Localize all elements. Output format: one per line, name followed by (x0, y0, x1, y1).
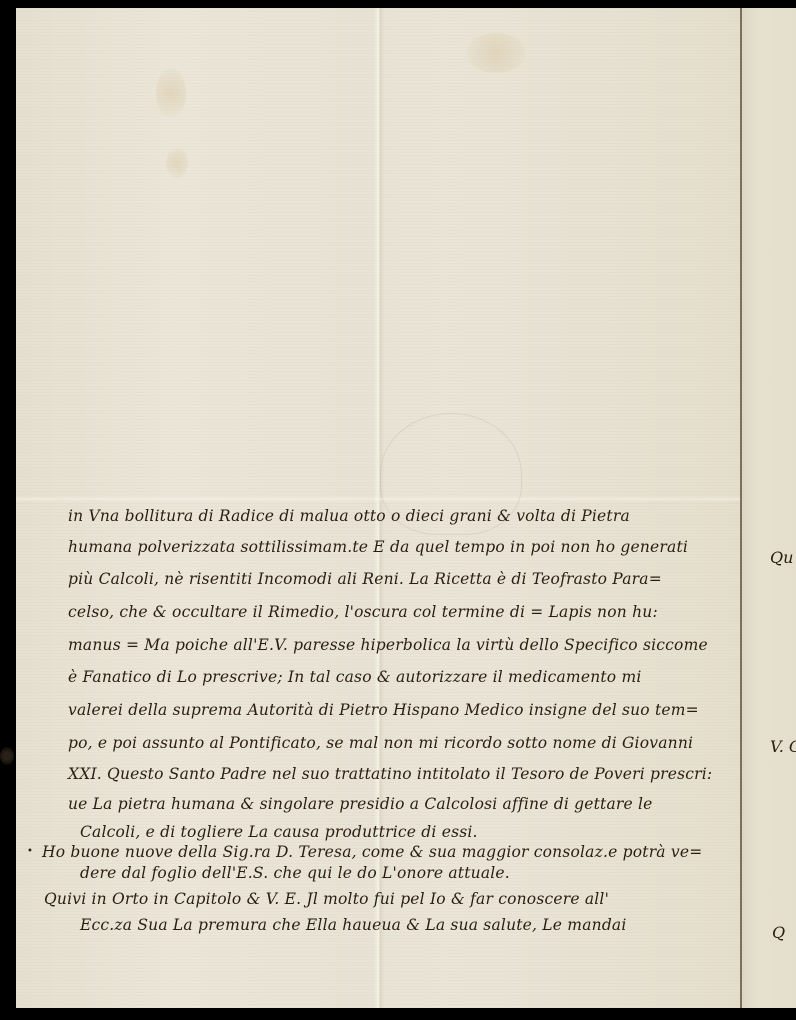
letter-body: in Vna bollitura di Radice di malua otto… (0, 0, 796, 1020)
adjacent-page-fragment: Q (772, 923, 785, 942)
text-line: Quivi in Orto in Capitolo & V. E. Jl mol… (44, 892, 609, 908)
adjacent-page-fragment: Qu (770, 548, 793, 567)
margin-bullet: • (27, 846, 33, 857)
text-line: manus = Ma poiche all'E.V. paresse hiper… (68, 638, 708, 654)
text-line: Ecc.za Sua La premura che Ella haueua & … (80, 918, 627, 934)
text-line: Calcoli, e di togliere La causa produttr… (80, 825, 478, 841)
adjacent-page-fragment: V. C (770, 737, 796, 756)
text-line: valerei della suprema Autorità di Pietro… (68, 703, 699, 719)
text-line: è Fanatico di Lo prescrive; In tal caso … (68, 670, 642, 686)
text-line: humana polverizzata sottilissimam.te E d… (68, 540, 688, 556)
text-line: ue La pietra humana & singolare presidio… (68, 797, 653, 813)
text-line: celso, che & occultare il Rimedio, l'osc… (68, 605, 658, 621)
text-line: XXI. Questo Santo Padre nel suo trattati… (68, 767, 712, 783)
text-line: in Vna bollitura di Radice di malua otto… (68, 509, 630, 525)
text-line: dere dal foglio dell'E.S. che qui le do … (80, 866, 510, 882)
scanned-document: in Vna bollitura di Radice di malua otto… (0, 0, 796, 1020)
text-line: Ho buone nuove della Sig.ra D. Teresa, c… (42, 845, 702, 861)
text-line: po, e poi assunto al Pontificato, se mal… (68, 736, 693, 752)
text-line: più Calcoli, nè risentiti Incomodi ali R… (68, 572, 662, 588)
